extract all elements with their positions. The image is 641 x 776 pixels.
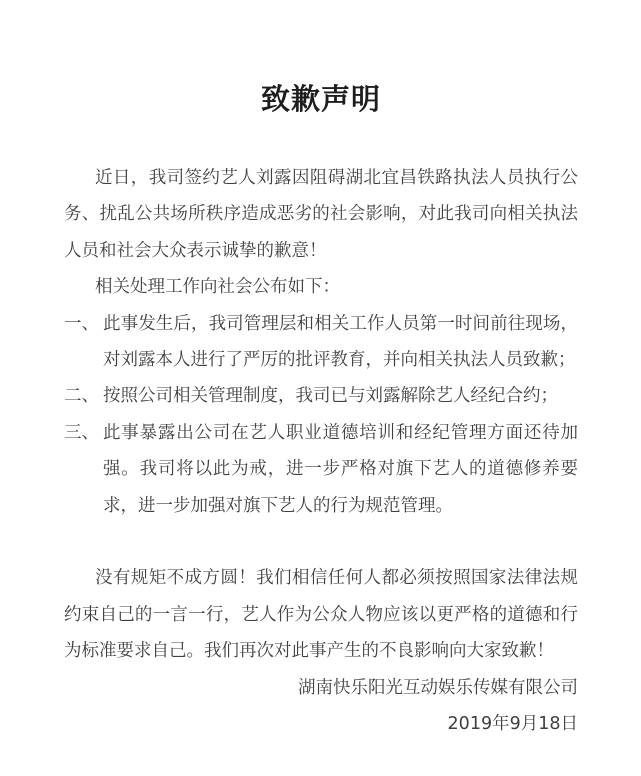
measures-list: 一、 此事发生后，我司管理层和相关工作人员第一时间前往现场，对刘露本人进行了严厉… xyxy=(64,306,578,524)
list-item-1-marker: 一、 xyxy=(64,306,103,342)
list-item-1: 一、 此事发生后，我司管理层和相关工作人员第一时间前往现场，对刘露本人进行了严厉… xyxy=(64,306,578,379)
intro-paragraph: 近日，我司签约艺人刘露因阻碍湖北宜昌铁路执法人员执行公务、扰乱公共场所秩序造成恶… xyxy=(64,160,578,269)
closing-paragraph: 没有规矩不成方圆！我们相信任何人都必须按照国家法律法规约束自己的一言一行，艺人作… xyxy=(64,560,578,669)
document-body: 近日，我司签约艺人刘露因阻碍湖北宜昌铁路执法人员执行公务、扰乱公共场所秩序造成恶… xyxy=(64,160,578,742)
list-item-2-text: 按照公司相关管理制度，我司已与刘露解除艺人经纪合约； xyxy=(103,378,578,414)
signature-company: 湖南快乐阳光互动娱乐传媒有限公司 xyxy=(64,670,578,706)
list-item-2-marker: 二、 xyxy=(64,378,103,414)
list-item-3-text: 此事暴露出公司在艺人职业道德培训和经纪管理方面还待加强。我司将以此为戒，进一步严… xyxy=(103,415,578,524)
list-item-2: 二、 按照公司相关管理制度，我司已与刘露解除艺人经纪合约； xyxy=(64,378,578,414)
list-item-3-marker: 三、 xyxy=(64,415,103,451)
list-item-3: 三、 此事暴露出公司在艺人职业道德培训和经纪管理方面还待加强。我司将以此为戒，进… xyxy=(64,415,578,524)
list-item-1-text: 此事发生后，我司管理层和相关工作人员第一时间前往现场，对刘露本人进行了严厉的批评… xyxy=(103,306,578,379)
announcement-lead-line: 相关处理工作向社会公布如下： xyxy=(64,269,578,305)
apology-statement-document: 致歉声明 近日，我司签约艺人刘露因阻碍湖北宜昌铁路执法人员执行公务、扰乱公共场所… xyxy=(0,0,641,776)
signature-date: 2019年9月18日 xyxy=(64,706,578,742)
page-title: 致歉声明 xyxy=(64,0,578,115)
